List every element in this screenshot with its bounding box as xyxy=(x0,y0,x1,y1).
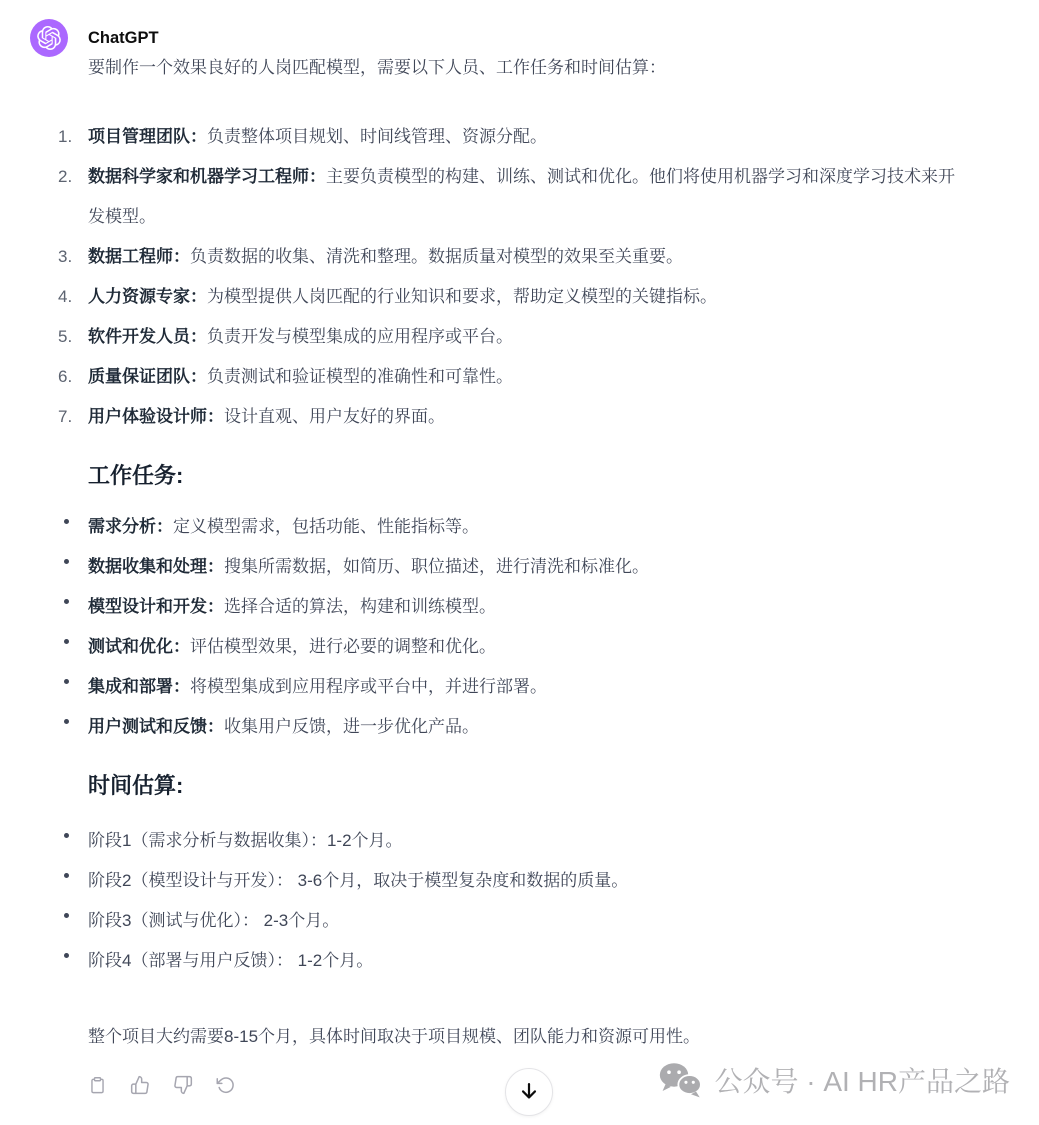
separator: ： xyxy=(173,637,190,656)
task-item: 数据收集和处理：搜集所需数据，如简历、职位描述，进行清洗和标准化。 xyxy=(88,547,958,587)
personnel-list: 1.项目管理团队：负责整体项目规划、时间线管理、资源分配。 2.数据科学家和机器… xyxy=(88,117,958,437)
list-number: 4. xyxy=(58,277,72,317)
personnel-item: 2.数据科学家和机器学习工程师：主要负责模型的构建、训练、测试和优化。他们将使用… xyxy=(88,157,958,237)
personnel-desc: 负责开发与模型集成的应用程序或平台。 xyxy=(207,327,513,346)
separator: ： xyxy=(190,127,207,146)
tasks-list: 需求分析：定义模型需求，包括功能、性能指标等。 数据收集和处理：搜集所需数据，如… xyxy=(88,507,958,747)
personnel-item: 1.项目管理团队：负责整体项目规划、时间线管理、资源分配。 xyxy=(88,117,958,157)
list-number: 6. xyxy=(58,357,72,397)
bullet-icon xyxy=(64,873,69,878)
phase-item: 阶段4（部署与用户反馈）： 1-2个月。 xyxy=(88,941,958,981)
arrow-down-icon xyxy=(518,1080,540,1105)
personnel-item: 4.人力资源专家：为模型提供人岗匹配的行业知识和要求，帮助定义模型的关键指标。 xyxy=(88,277,958,317)
personnel-item: 5.软件开发人员：负责开发与模型集成的应用程序或平台。 xyxy=(88,317,958,357)
separator: ： xyxy=(173,677,190,696)
intro-paragraph: 要制作一个效果良好的人岗匹配模型，需要以下人员、工作任务和时间估算： xyxy=(88,48,958,88)
chatgpt-avatar xyxy=(30,19,68,57)
task-desc: 选择合适的算法，构建和训练模型。 xyxy=(224,597,496,616)
personnel-label: 数据科学家和机器学习工程师 xyxy=(88,167,309,186)
personnel-desc: 负责整体项目规划、时间线管理、资源分配。 xyxy=(207,127,547,146)
personnel-desc: 设计直观、用户友好的界面。 xyxy=(224,407,445,426)
personnel-item: 7.用户体验设计师：设计直观、用户友好的界面。 xyxy=(88,397,958,437)
personnel-item: 6.质量保证团队：负责测试和验证模型的准确性和可靠性。 xyxy=(88,357,958,397)
regenerate-button[interactable] xyxy=(216,1075,236,1095)
phase-text: 阶段4（部署与用户反馈）： 1-2个月。 xyxy=(88,951,373,970)
separator: ： xyxy=(190,367,207,386)
bullet-icon xyxy=(64,599,69,604)
openai-logo-icon xyxy=(37,26,61,50)
personnel-desc: 为模型提供人岗匹配的行业知识和要求，帮助定义模型的关键指标。 xyxy=(207,287,717,306)
task-desc: 搜集所需数据，如简历、职位描述，进行清洗和标准化。 xyxy=(224,557,649,576)
list-number: 7. xyxy=(58,397,72,437)
phase-text: 阶段2（模型设计与开发）： 3-6个月，取决于模型复杂度和数据的质量。 xyxy=(88,871,628,890)
task-label: 模型设计和开发 xyxy=(88,597,207,616)
task-label: 集成和部署 xyxy=(88,677,173,696)
separator: ： xyxy=(207,557,224,576)
personnel-label: 软件开发人员 xyxy=(88,327,190,346)
timeline-list: 阶段1（需求分析与数据收集）：1-2个月。 阶段2（模型设计与开发）： 3-6个… xyxy=(88,821,958,981)
list-number: 2. xyxy=(58,157,72,197)
bullet-icon xyxy=(64,719,69,724)
conclusion-paragraph: 整个项目大约需要8-15个月，具体时间取决于项目规模、团队能力和资源可用性。 xyxy=(88,1017,958,1057)
bullet-icon xyxy=(64,679,69,684)
personnel-label: 人力资源专家 xyxy=(88,287,190,306)
personnel-desc: 负责数据的收集、清洗和整理。数据质量对模型的效果至关重要。 xyxy=(190,247,683,266)
bullet-icon xyxy=(64,559,69,564)
task-item: 测试和优化：评估模型效果，进行必要的调整和优化。 xyxy=(88,627,958,667)
thumbs-down-button[interactable] xyxy=(173,1075,193,1095)
task-label: 用户测试和反馈 xyxy=(88,717,207,736)
phase-text: 阶段1（需求分析与数据收集）：1-2个月。 xyxy=(88,831,403,850)
personnel-desc: 负责测试和验证模型的准确性和可靠性。 xyxy=(207,367,513,386)
thumbs-up-icon xyxy=(130,1075,150,1095)
chatgpt-response-page: ChatGPT 要制作一个效果良好的人岗匹配模型，需要以下人员、工作任务和时间估… xyxy=(0,0,1039,1125)
thumbs-up-button[interactable] xyxy=(130,1075,150,1095)
task-item: 需求分析：定义模型需求，包括功能、性能指标等。 xyxy=(88,507,958,547)
personnel-item: 3.数据工程师：负责数据的收集、清洗和整理。数据质量对模型的效果至关重要。 xyxy=(88,237,958,277)
task-desc: 定义模型需求，包括功能、性能指标等。 xyxy=(173,517,479,536)
task-label: 需求分析 xyxy=(88,517,156,536)
timeline-heading: 时间估算: xyxy=(88,771,958,801)
bullet-icon xyxy=(64,519,69,524)
bullet-icon xyxy=(64,913,69,918)
task-desc: 评估模型效果，进行必要的调整和优化。 xyxy=(190,637,496,656)
personnel-label: 数据工程师 xyxy=(88,247,173,266)
copy-icon xyxy=(88,1076,107,1095)
separator: ： xyxy=(156,517,173,536)
separator: ： xyxy=(173,247,190,266)
separator: ： xyxy=(190,287,207,306)
bullet-icon xyxy=(64,639,69,644)
phase-item: 阶段3（测试与优化）： 2-3个月。 xyxy=(88,901,958,941)
separator: ： xyxy=(309,167,326,186)
watermark-text: 公众号 · AI HR产品之路 xyxy=(714,1060,1010,1100)
regenerate-icon xyxy=(216,1075,236,1095)
sender-name: ChatGPT xyxy=(88,29,159,48)
copy-button[interactable] xyxy=(88,1076,107,1095)
scroll-to-bottom-button[interactable] xyxy=(505,1068,553,1116)
separator: ： xyxy=(207,717,224,736)
task-desc: 收集用户反馈，进一步优化产品。 xyxy=(224,717,479,736)
thumbs-down-icon xyxy=(173,1075,193,1095)
task-desc: 将模型集成到应用程序或平台中，并进行部署。 xyxy=(190,677,547,696)
list-number: 3. xyxy=(58,237,72,277)
phase-item: 阶段1（需求分析与数据收集）：1-2个月。 xyxy=(88,821,958,861)
separator: ： xyxy=(207,407,224,426)
list-number: 1. xyxy=(58,117,72,157)
message-content: 要制作一个效果良好的人岗匹配模型，需要以下人员、工作任务和时间估算： 1.项目管… xyxy=(88,48,958,1096)
phase-text: 阶段3（测试与优化）： 2-3个月。 xyxy=(88,911,339,930)
tasks-heading: 工作任务: xyxy=(88,461,958,491)
personnel-label: 质量保证团队 xyxy=(88,367,190,386)
task-label: 测试和优化 xyxy=(88,637,173,656)
bullet-icon xyxy=(64,953,69,958)
task-label: 数据收集和处理 xyxy=(88,557,207,576)
wechat-icon xyxy=(658,1061,702,1099)
list-number: 5. xyxy=(58,317,72,357)
watermark: 公众号 · AI HR产品之路 xyxy=(658,1060,1010,1100)
task-item: 集成和部署：将模型集成到应用程序或平台中，并进行部署。 xyxy=(88,667,958,707)
personnel-label: 用户体验设计师 xyxy=(88,407,207,426)
bullet-icon xyxy=(64,833,69,838)
task-item: 模型设计和开发：选择合适的算法，构建和训练模型。 xyxy=(88,587,958,627)
separator: ： xyxy=(207,597,224,616)
personnel-label: 项目管理团队 xyxy=(88,127,190,146)
task-item: 用户测试和反馈：收集用户反馈，进一步优化产品。 xyxy=(88,707,958,747)
separator: ： xyxy=(190,327,207,346)
phase-item: 阶段2（模型设计与开发）： 3-6个月，取决于模型复杂度和数据的质量。 xyxy=(88,861,958,901)
